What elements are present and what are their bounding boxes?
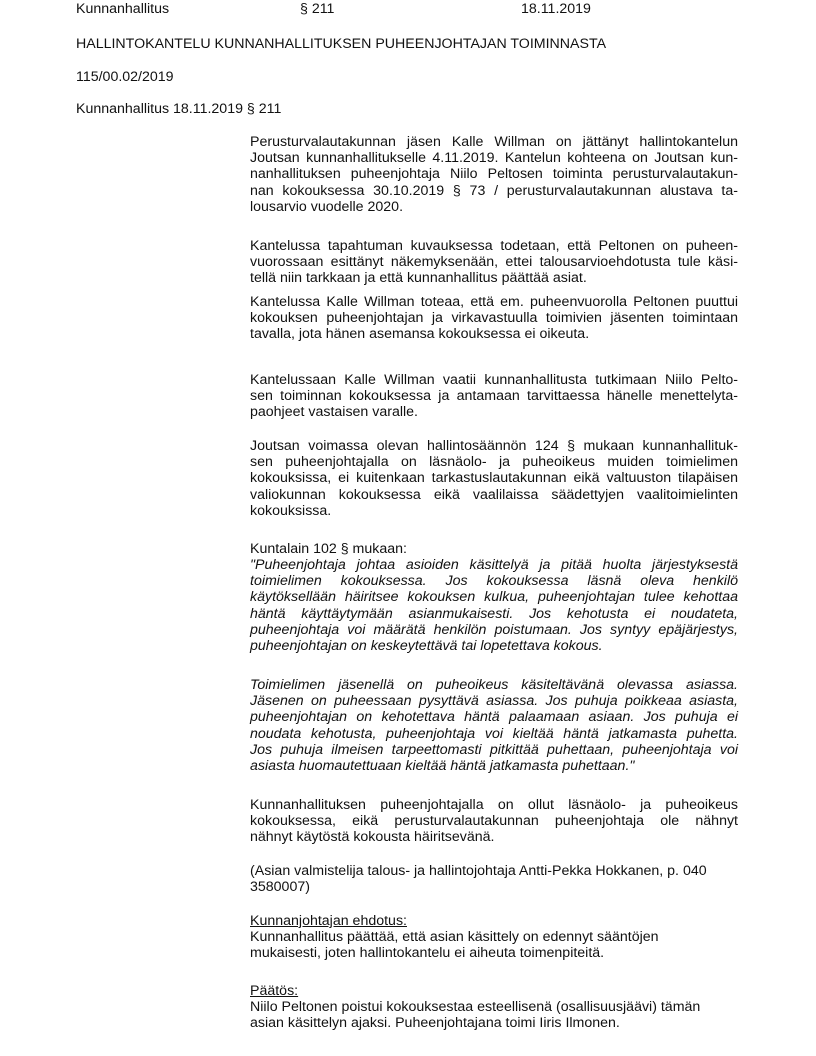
header-section: § 211 [300, 1, 334, 17]
text-line: vuorossaan esittänyt näkemyksenään, ette… [250, 254, 738, 270]
text-line: puheenjohtajan on kehotettava häntä pala… [250, 709, 738, 725]
text-line: kokouksen puheenjohtajan ja virkavastuul… [250, 310, 738, 326]
decision-text: Niilo Peltonen poistui kokouksestaa este… [250, 999, 738, 1031]
text-line: tavalla, jota hänen asemansa kokouksessa… [250, 326, 738, 342]
text-line: noudata kehotusta, puheenjohtaja voi kie… [250, 726, 738, 742]
text-line: sen toiminnan kokouksessa ja antamaan ta… [250, 388, 738, 404]
text-line: Perusturvalautakunnan jäsen Kalle Willma… [250, 134, 738, 150]
text-line: nähnyt käytöstä kokousta häiritsevänä. [250, 829, 738, 845]
text-line: Niilo Peltonen poistui kokouksestaa este… [250, 999, 738, 1015]
text-line: 3580007) [250, 879, 738, 895]
text-line: kokouksessa, eikä perusturvalautakunnan … [250, 813, 738, 829]
text-line: kokouksissa, ei kuitenkaan tarkastuslaut… [250, 470, 738, 486]
text-line: käytöksellään häiritsee kokouksen kulkua… [250, 589, 738, 605]
text-line: (Asian valmistelija talous- ja hallintoj… [250, 863, 738, 879]
text-line: asian käsittelyn ajaksi. Puheenjohtajana… [250, 1015, 738, 1031]
text-line: puheenjohtaja voi määrätä henkilön poist… [250, 622, 738, 638]
text-line: Toimielimen jäsenellä on puheoikeus käsi… [250, 677, 738, 693]
text-line: Kunnanhallitus päättää, että asian käsit… [250, 929, 738, 945]
paragraph-assessment: Kunnanhallituksen puheenjohtajalla on ol… [250, 797, 738, 846]
paragraph-complaint-description: Kantelussa tapahtuman kuvauksessa todeta… [250, 238, 738, 287]
meeting-reference: Kunnanhallitus 18.11.2019 § 211 [76, 101, 281, 117]
text-line: paohjeet vastaisen varalle. [250, 404, 738, 420]
text-line: asiasta huomautettuaan kieltää häntä jat… [250, 758, 738, 774]
header-body: Kunnanhallitus [76, 1, 169, 17]
text-line: häntä käyttäytymään asianmukaisesti. Jos… [250, 606, 738, 622]
text-line: Joutsan kunnanhallitukselle 4.11.2019. K… [250, 150, 738, 166]
text-line: lousarvio vuodelle 2020. [250, 199, 738, 215]
text-line: Jos puhuja ilmeisen tarpeettomasti pitki… [250, 742, 738, 758]
proposal-heading: Kunnanjohtajan ehdotus: [250, 913, 407, 929]
text-line: mukaisesti, joten hallintokantelu ei aih… [250, 945, 738, 961]
text-line: "Puheenjohtaja johtaa asioiden käsittely… [250, 557, 738, 573]
paragraph-complaint-claim: Kantelussa Kalle Willman toteaa, että em… [250, 294, 738, 343]
text-line: Kunnanhallituksen puheenjohtajalla on ol… [250, 797, 738, 813]
text-line: Kantelussa Kalle Willman toteaa, että em… [250, 294, 738, 310]
document-number: 115/00.02/2019 [76, 69, 174, 85]
proposal-text: Kunnanhallitus päättää, että asian käsit… [250, 929, 738, 961]
document-title: HALLINTOKANTELU KUNNANHALLITUKSEN PUHEEN… [76, 36, 606, 52]
text-line: Jäsenen on puheessaan pysyttävä asiassa.… [250, 693, 738, 709]
preparer-note: (Asian valmistelija talous- ja hallintoj… [250, 863, 738, 895]
text-line: kokouksissa. [250, 503, 738, 519]
text-line: sen puheenjohtajalla on läsnäolo- ja puh… [250, 454, 738, 470]
paragraph-complaint-summary: Perusturvalautakunnan jäsen Kalle Willma… [250, 134, 738, 215]
law-quote-part-2: Toimielimen jäsenellä on puheoikeus käsi… [250, 677, 738, 774]
text-line: Kantelussaan Kalle Willman vaatii kunnan… [250, 372, 738, 388]
law-intro: Kuntalain 102 § mukaan: [250, 541, 407, 557]
text-line: tellä niin tarkkaan ja että kunnanhallit… [250, 270, 738, 286]
text-line: puheenjohtajan on keskeytettävä tai lope… [250, 638, 738, 654]
text-line: toimielimen kokouksessa. Jos kokouksessa… [250, 573, 738, 589]
paragraph-complaint-demand: Kantelussaan Kalle Willman vaatii kunnan… [250, 372, 738, 421]
text-line: Kantelussa tapahtuman kuvauksessa todeta… [250, 238, 738, 254]
text-line: nan kokouksessa 30.10.2019 § 73 / perust… [250, 183, 738, 199]
law-quote-part-1: "Puheenjohtaja johtaa asioiden käsittely… [250, 557, 738, 654]
header-date: 18.11.2019 [521, 1, 591, 17]
text-line: Joutsan voimassa olevan hallintosäännön … [250, 438, 738, 454]
decision-heading: Päätös: [250, 983, 298, 999]
paragraph-administrative-rule: Joutsan voimassa olevan hallintosäännön … [250, 438, 738, 519]
text-line: valiokunnan kokouksessa eikä vaalilaissa… [250, 487, 738, 503]
text-line: nanhallituksen puheenjohtaja Niilo Pelto… [250, 166, 738, 182]
